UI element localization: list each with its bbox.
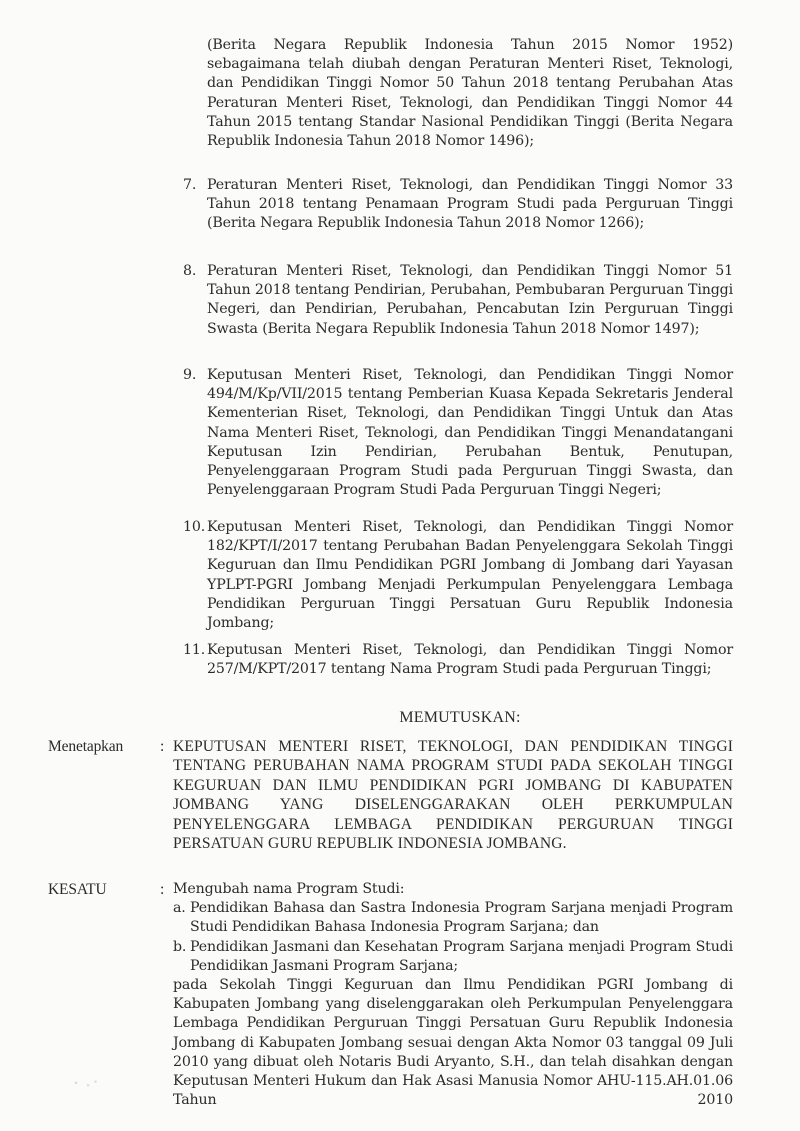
item-text: Pendidikan Jasmani dan Kesehatan Program… <box>190 939 733 974</box>
consideration-item-8: 8. Peraturan Menteri Riset, Teknologi, d… <box>183 262 733 339</box>
item-text: Keputusan Menteri Riset, Teknologi, dan … <box>207 366 733 500</box>
menetapkan-text: KEPUTUSAN MENTERI RISET, TEKNOLOGI, DAN … <box>173 737 733 853</box>
kesatu-body: Mengubah nama Program Studi: a. Pendidik… <box>173 880 733 1110</box>
item-letter: a. <box>173 899 186 918</box>
kesatu-item-b: b. Pendidikan Jasmani dan Kesehatan Prog… <box>173 938 733 976</box>
intro-continuation: (Berita Negara Republik Indonesia Tahun … <box>207 36 733 151</box>
consideration-item-10: 10. Keputusan Menteri Riset, Teknologi, … <box>183 518 733 633</box>
item-number: 8. <box>183 262 207 281</box>
kesatu-label: KESATU <box>48 880 107 899</box>
scan-speck <box>70 1078 100 1090</box>
menetapkan-label: Menetapkan <box>48 737 123 756</box>
item-text: Pendidikan Bahasa dan Sastra Indonesia P… <box>190 900 733 935</box>
document-page: (Berita Negara Republik Indonesia Tahun … <box>0 0 800 1131</box>
consideration-item-9: 9. Keputusan Menteri Riset, Teknologi, d… <box>183 366 733 500</box>
kesatu-colon: : <box>160 880 164 899</box>
item-text: Peraturan Menteri Riset, Teknologi, dan … <box>207 176 733 234</box>
item-text: Keputusan Menteri Riset, Teknologi, dan … <box>207 641 733 679</box>
item-letter: b. <box>173 938 186 957</box>
item-number: 11. <box>183 641 207 660</box>
kesatu-closing: pada Sekolah Tinggi Keguruan dan Ilmu Pe… <box>173 976 733 1110</box>
item-text: Keputusan Menteri Riset, Teknologi, dan … <box>207 518 733 633</box>
item-number: 10. <box>183 518 207 537</box>
item-text: Peraturan Menteri Riset, Teknologi, dan … <box>207 262 733 339</box>
consideration-item-11: 11. Keputusan Menteri Riset, Teknologi, … <box>183 641 733 679</box>
kesatu-intro: Mengubah nama Program Studi: <box>173 880 733 899</box>
item-number: 9. <box>183 366 207 385</box>
decision-heading: MEMUTUSKAN: <box>0 708 800 727</box>
item-number: 7. <box>183 176 207 195</box>
menetapkan-colon: : <box>160 737 164 756</box>
consideration-item-7: 7. Peraturan Menteri Riset, Teknologi, d… <box>183 176 733 234</box>
kesatu-item-a: a. Pendidikan Bahasa dan Sastra Indonesi… <box>173 899 733 937</box>
